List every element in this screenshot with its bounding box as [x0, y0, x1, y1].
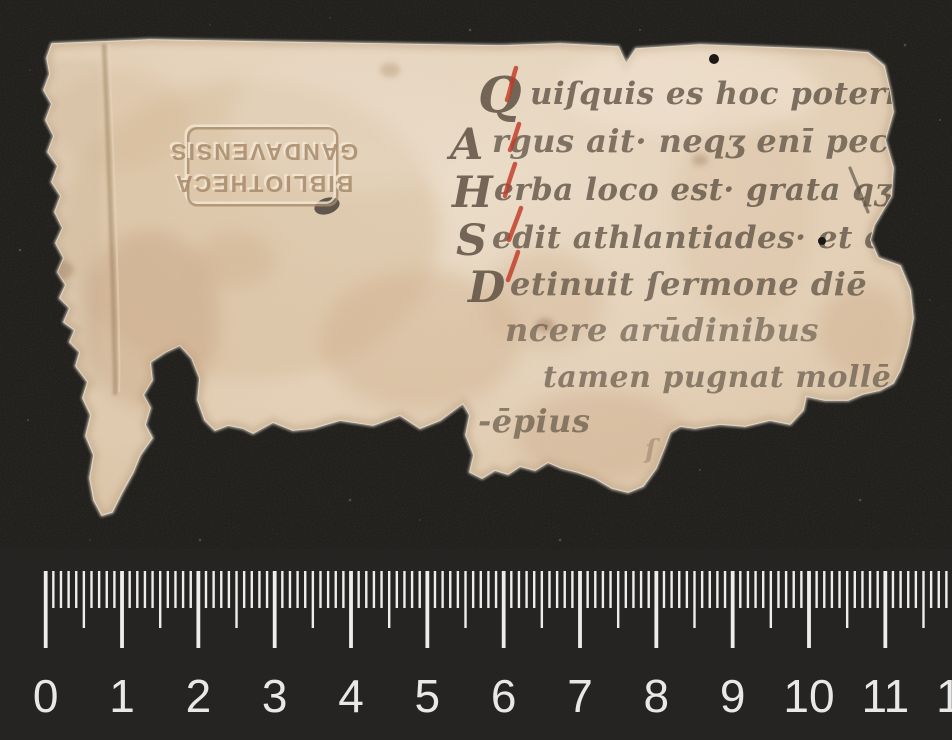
parchment-hole — [709, 54, 719, 64]
ruler-tick — [380, 571, 382, 608]
ruler-tick — [258, 571, 260, 608]
ruler-number: 7 — [567, 670, 593, 722]
ruler-tick — [472, 571, 474, 608]
speck — [349, 499, 352, 502]
ruler-tick — [349, 571, 353, 648]
ruler-tick — [480, 571, 482, 608]
ruler-tick — [434, 571, 436, 608]
ruler-tick — [251, 571, 253, 608]
ruler-tick — [403, 571, 405, 608]
ruler-tick — [907, 571, 909, 608]
stamp-line2-shadow: GANDAVENSIS — [169, 139, 358, 165]
ruler-tick — [106, 571, 108, 608]
ruler-number: 8 — [644, 670, 670, 722]
ruler-tick — [167, 571, 169, 608]
ruler-tick — [342, 571, 344, 608]
ruler-tick — [90, 571, 92, 608]
line7-text: tamen pugnat mollē. — [543, 360, 902, 395]
ruler-tick — [411, 571, 413, 608]
ruler-tick — [113, 571, 115, 608]
ruler-tick — [357, 571, 359, 608]
ruler-tick — [571, 571, 573, 608]
ruler-tick — [174, 571, 176, 608]
ruler-tick — [922, 571, 924, 628]
ruler-number: 9 — [720, 670, 746, 722]
ruler-tick — [709, 571, 711, 608]
ruler-tick — [869, 571, 871, 608]
speck — [19, 249, 22, 252]
ruler-tick — [594, 571, 596, 608]
ruler-tick — [289, 571, 291, 608]
ruler-tick — [945, 571, 947, 608]
ruler-tick — [823, 571, 825, 608]
speck — [929, 299, 930, 300]
photo-scene: 0123456789101112 — [0, 0, 952, 740]
ruler-tick — [938, 571, 940, 608]
ruler-tick — [793, 571, 795, 608]
ruler-tick — [464, 571, 466, 628]
line1-text: uiſquis es hoc poteris — [530, 76, 916, 112]
ruler-tick — [663, 571, 665, 608]
line5-text: etinuit ſermone diē — [510, 265, 867, 303]
ruler-tick — [754, 571, 756, 608]
ruler-number: 4 — [338, 670, 364, 722]
ruler-tick — [44, 571, 48, 648]
ruler: 0123456789101112 — [0, 549, 952, 740]
stamp-line1-shadow: BIBLIOTHECA — [174, 171, 353, 197]
ruler-tick — [304, 571, 306, 608]
ruler-tick — [617, 571, 619, 628]
ruler-tick — [586, 571, 588, 608]
ruler-tick — [67, 571, 69, 608]
ruler-tick — [747, 571, 749, 608]
speck — [27, 419, 29, 421]
ruler-tick — [807, 571, 811, 648]
ruler-tick — [449, 571, 451, 608]
speck — [329, 17, 330, 18]
ruler-number: 11 — [861, 670, 909, 722]
ruler-tick — [800, 571, 802, 608]
line2-text: rgus ait· neqʒ enī pecori — [492, 122, 941, 160]
ruler-tick — [144, 571, 146, 608]
ruler-tick — [312, 571, 314, 628]
ruler-tick — [281, 571, 283, 608]
line6-text: ncere arūdinibus — [505, 311, 819, 349]
ruler-number: 2 — [186, 670, 212, 722]
ruler-tick — [182, 571, 184, 608]
ruler-tick — [159, 571, 161, 628]
ruler-tick — [365, 571, 367, 608]
speck — [699, 469, 701, 471]
ruler-tick — [762, 571, 764, 608]
speck — [209, 24, 210, 25]
ruler-tick — [915, 571, 917, 608]
speck — [199, 539, 202, 542]
ruler-tick — [731, 571, 735, 648]
ruler-tick — [235, 571, 237, 628]
ruler-tick — [243, 571, 245, 608]
ruler-tick — [190, 571, 192, 608]
ruler-tick — [632, 571, 634, 608]
ruler-tick — [648, 571, 650, 608]
ruler-tick — [541, 571, 543, 628]
ruler-tick — [701, 571, 703, 608]
ruler-tick — [548, 571, 550, 608]
ruler-tick — [120, 571, 124, 648]
ruler-tick — [518, 571, 520, 608]
ruler-number: 5 — [415, 670, 441, 722]
ruler-tick — [883, 571, 887, 648]
ruler-tick — [686, 571, 688, 608]
ruler-number: 1 — [109, 670, 135, 722]
ruler-tick — [670, 571, 672, 608]
ruler-tick — [228, 571, 230, 608]
ruler-tick — [502, 571, 506, 648]
speck — [469, 29, 472, 32]
ruler-tick — [98, 571, 100, 608]
ruler-tick — [60, 571, 62, 608]
ruler-tick — [838, 571, 840, 608]
ruler-tick — [892, 571, 894, 608]
parchment-hole — [818, 237, 826, 245]
ruler-tick — [525, 571, 527, 608]
ruler-tick — [693, 571, 695, 628]
ruler-tick — [335, 571, 337, 608]
library-stamp: BIBLIOTHECA BIBLIOTHECA GANDAVENSIS GAND… — [167, 126, 358, 205]
ruler-tick — [52, 571, 54, 608]
ruler-tick — [785, 571, 787, 608]
ruler-tick — [777, 571, 779, 608]
ruler-tick — [373, 571, 375, 608]
ruler-tick — [602, 571, 604, 608]
ruler-number: 10 — [783, 670, 834, 722]
ruler-tick — [419, 571, 421, 608]
ruler-tick — [815, 571, 817, 608]
manuscript-photo: 0123456789101112 — [0, 0, 952, 740]
ruler-tick — [196, 571, 200, 648]
ruler-tick — [495, 571, 497, 608]
ruler-tick — [861, 571, 863, 608]
line4-text: edit athlantiades· et e — [492, 220, 884, 256]
line4-initial: S — [456, 216, 487, 266]
ruler-tick — [388, 571, 390, 628]
ruler-tick — [296, 571, 298, 608]
ruler-tick — [724, 571, 726, 608]
ruler-tick — [457, 571, 459, 608]
ruler-tick — [640, 571, 642, 608]
ruler-tick — [319, 571, 321, 608]
speck — [89, 539, 90, 540]
ruler-tick — [739, 571, 741, 608]
line8-text: -ēpius — [478, 402, 590, 440]
speck — [419, 519, 420, 520]
ruler-tick — [564, 571, 566, 608]
ruler-tick — [533, 571, 535, 608]
ruler-tick — [609, 571, 611, 608]
ruler-number: 6 — [491, 670, 517, 722]
ruler-tick — [678, 571, 680, 608]
ruler-tick — [396, 571, 398, 608]
ruler-tick — [151, 571, 153, 608]
ruler-tick — [578, 571, 582, 648]
ruler-tick — [136, 571, 138, 608]
speck — [904, 44, 907, 47]
ruler-tick — [556, 571, 558, 608]
speck — [29, 69, 30, 70]
ruler-tick — [83, 571, 85, 628]
ruler-tick — [770, 571, 772, 628]
ruler-tick — [877, 571, 879, 608]
speck — [559, 539, 562, 542]
ruler-tick — [487, 571, 489, 608]
ruler-tick — [930, 571, 932, 608]
ruler-tick — [220, 571, 222, 608]
speck — [639, 29, 641, 31]
ruler-number: 12 — [936, 670, 952, 722]
ruler-number: 3 — [262, 670, 288, 722]
line5-initial: D — [466, 263, 505, 313]
ruler-tick — [899, 571, 901, 608]
ruler-tick — [273, 571, 277, 648]
ruler-tick — [327, 571, 329, 608]
ruler-tick — [654, 571, 658, 648]
ruler-tick — [425, 571, 429, 648]
speck — [939, 119, 941, 121]
ruler-tick — [441, 571, 443, 608]
ruler-tick — [716, 571, 718, 608]
ruler-tick — [510, 571, 512, 608]
line2-initial: A — [446, 120, 483, 170]
ruler-tick — [266, 571, 268, 608]
ruler-tick — [854, 571, 856, 608]
speck — [859, 499, 862, 502]
ruler-tick — [831, 571, 833, 608]
line3-text: erba loco est· grata qʒ — [494, 172, 893, 208]
ruler-tick — [625, 571, 627, 608]
ruler-tick — [75, 571, 77, 608]
ruler-tick — [212, 571, 214, 608]
ruler-number: 0 — [33, 670, 59, 722]
ruler-tick — [846, 571, 848, 628]
ruler-tick — [205, 571, 207, 608]
line3-initial: H — [450, 168, 494, 218]
ruler-tick — [128, 571, 130, 608]
